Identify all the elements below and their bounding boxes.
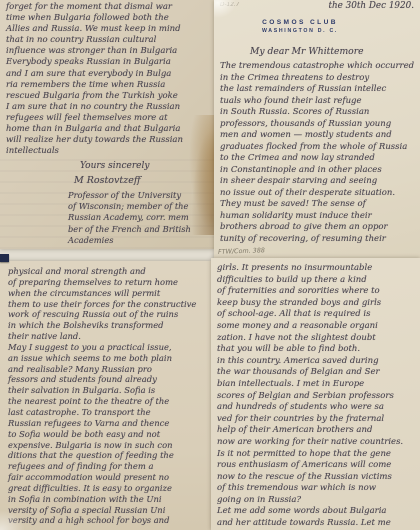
letter-page-bottom-left: physical and moral strength andof prepar… <box>0 261 211 530</box>
letter-date: the 30th Dec 1920. <box>328 1 414 11</box>
letterhead-club-name: COSMOS CLUB <box>214 19 386 26</box>
letter-collage: forget for the moment that dismal wartim… <box>0 0 420 530</box>
archival-pencil-mark: FTW/Com. 388 <box>218 246 265 256</box>
pencil-corner-mark: D-12.7 <box>220 2 239 8</box>
closing-line: Yours sincerely <box>80 161 149 171</box>
letter-page-top-right: D-12.7 the 30th Dec 1920. COSMOS CLUB WA… <box>214 0 420 259</box>
letterhead-city: WASHINGTON D. C. <box>214 28 386 34</box>
signature-title-block: Professor of the Universityof Wisconsin;… <box>68 190 191 246</box>
salutation: My dear Mr Whittemore <box>250 46 364 57</box>
signature: M Rostovtzeff <box>74 175 141 186</box>
handwritten-body-text: forget for the moment that dismal wartim… <box>6 2 213 157</box>
letter-page-bottom-right: girls. It presents no insurmountablediff… <box>211 258 420 530</box>
handwritten-body-text: girls. It presents no insurmountablediff… <box>217 263 419 530</box>
letter-page-top-left: forget for the moment that dismal wartim… <box>0 0 214 249</box>
handwritten-body-text: physical and moral strength andof prepar… <box>8 266 210 526</box>
binding-fragment <box>0 254 9 262</box>
handwritten-body-text: The tremendous catastrophe which occurre… <box>220 61 419 245</box>
cosmos-club-letterhead: COSMOS CLUB WASHINGTON D. C. <box>214 19 386 34</box>
